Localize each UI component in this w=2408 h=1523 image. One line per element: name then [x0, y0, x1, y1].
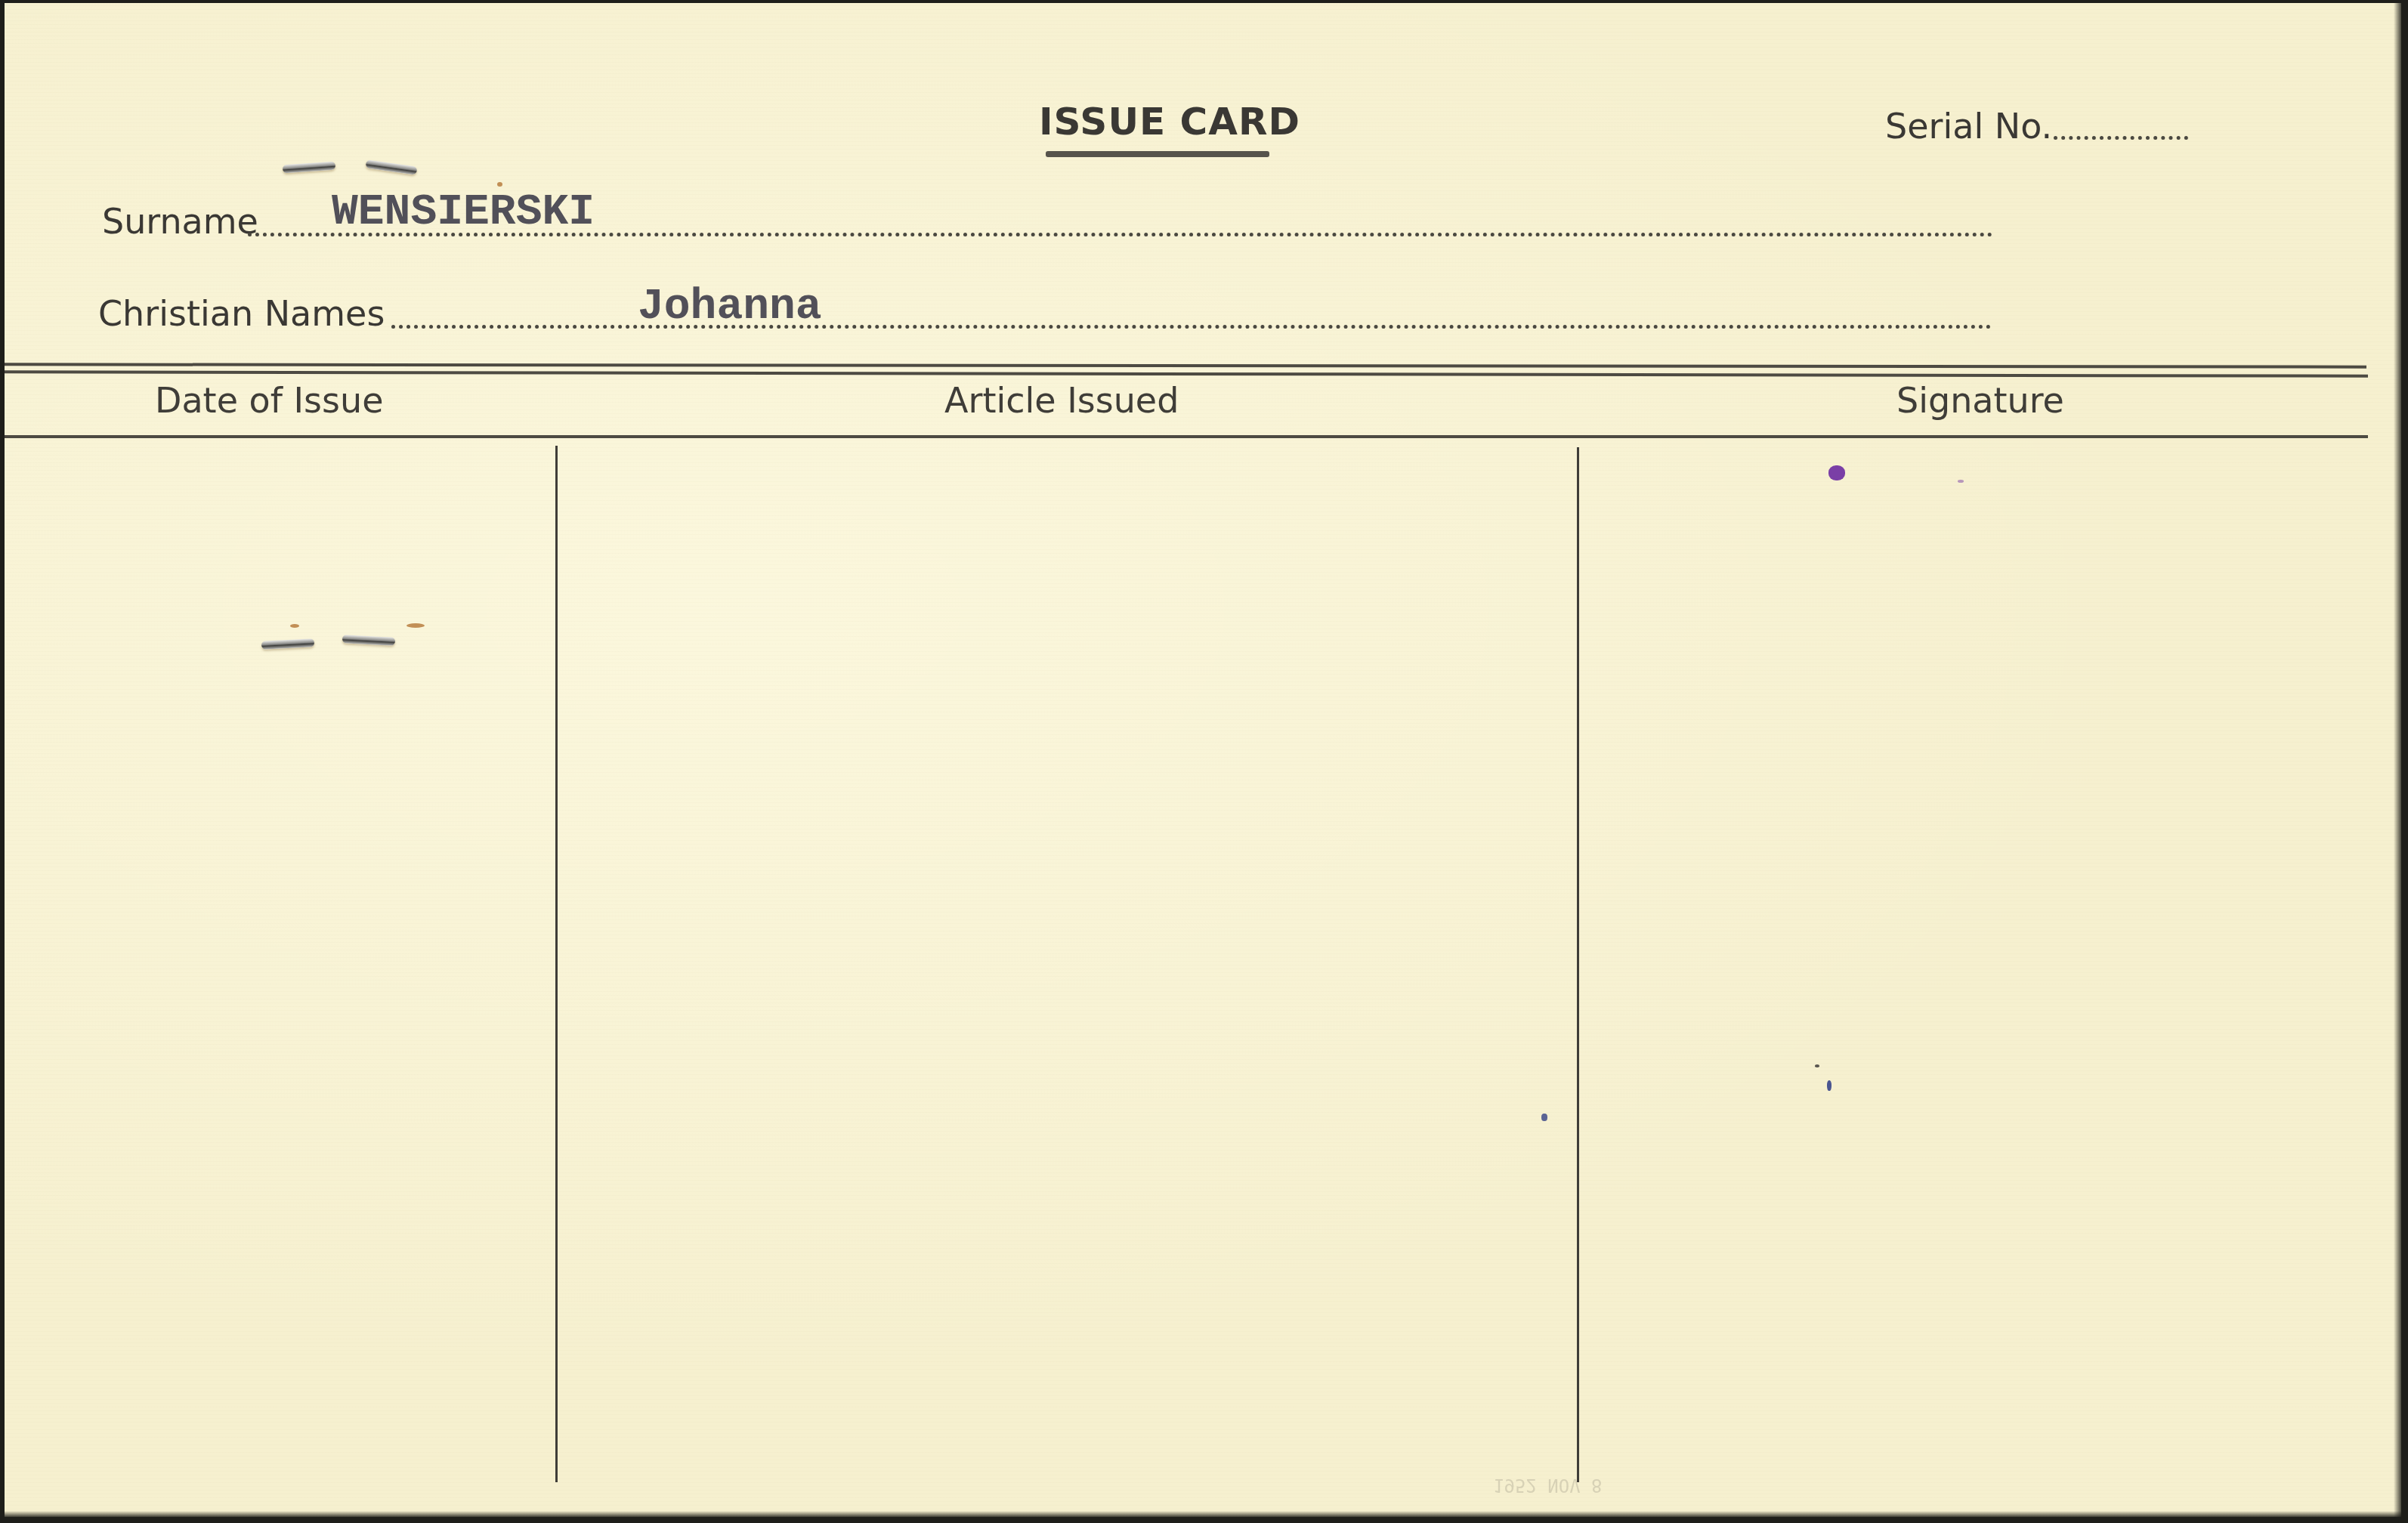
column-header-signature: Signature: [1896, 380, 2064, 421]
serial-number-label: Serial No.: [1885, 106, 2052, 147]
rust-spot: [290, 624, 299, 628]
christian-names-label: Christian Names: [98, 293, 385, 334]
staple-icon: [283, 162, 336, 174]
purple-ink-mark: [1958, 480, 1964, 483]
blue-ink-mark: [1827, 1080, 1832, 1091]
rust-spot: [406, 623, 425, 628]
header-double-rule-bottom: [5, 370, 2368, 377]
purple-ink-mark: [1828, 465, 1845, 480]
date-of-issue-column[interactable]: [5, 441, 555, 1484]
blue-ink-mark: [1541, 1114, 1547, 1121]
column-header-date-of-issue: Date of Issue: [155, 380, 383, 421]
column-header-article-issued: Article Issued: [944, 380, 1179, 421]
staple-icon: [366, 159, 418, 175]
header-double-rule-top: [5, 363, 2366, 368]
serial-number-field[interactable]: [2054, 136, 2188, 140]
article-issued-column[interactable]: [558, 441, 1577, 1484]
ink-mark: [1815, 1064, 1819, 1067]
faint-bleed-through-stamp: 1952 NOV 8: [1493, 1475, 1603, 1496]
card-title: ISSUE CARD: [1039, 100, 1300, 144]
title-underline: [1046, 151, 1269, 157]
christian-names-value[interactable]: Johanna: [638, 283, 822, 332]
christian-names-field-line: [391, 325, 1992, 329]
surname-value[interactable]: WENSIERSKI: [332, 188, 595, 237]
surname-label: Surname: [102, 201, 258, 242]
issue-card: ISSUE CARD Serial No. Surname WENSIERSKI…: [5, 3, 2401, 1517]
card-edge: [2394, 3, 2401, 1517]
signature-column[interactable]: [1579, 441, 2401, 1484]
header-bottom-rule: [5, 435, 2368, 438]
card-edge: [5, 1511, 2401, 1517]
rust-spot: [497, 182, 502, 187]
